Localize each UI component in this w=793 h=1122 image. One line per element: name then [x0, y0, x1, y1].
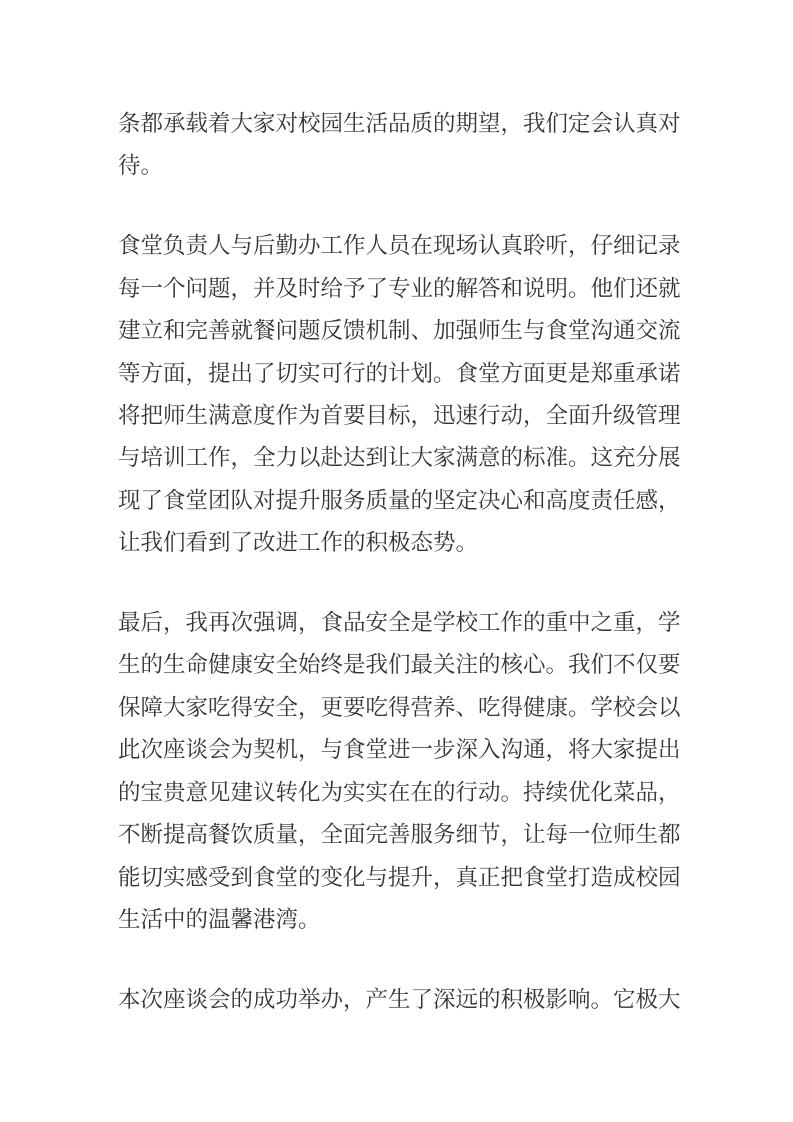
text-line: 等方面，提出了切实可行的计划。食堂方面更是郑重承诺	[118, 353, 698, 395]
text-line: 此次座谈会为契机，与食堂进一步深入沟通，将大家提出	[118, 729, 698, 771]
text-line: 生活中的温馨港湾。	[118, 899, 698, 941]
text-line: 与培训工作，全力以赴达到让大家满意的标准。这充分展	[118, 437, 698, 479]
text-line: 最后，我再次强调，食品安全是学校工作的重中之重，学	[118, 602, 698, 644]
text-line: 保障大家吃得安全，更要吃得营养、吃得健康。学校会以	[118, 687, 698, 729]
text-line: 不断提高餐饮质量，全面完善服务细节，让每一位师生都	[118, 814, 698, 856]
text-line: 每一个问题，并及时给予了专业的解答和说明。他们还就	[118, 268, 698, 310]
document-page: 条都承载着大家对校园生活品质的期望，我们定会认真对 待。 食堂负责人与后勤办工作…	[0, 0, 793, 1122]
document-body: 条都承载着大家对校园生活品质的期望，我们定会认真对 待。 食堂负责人与后勤办工作…	[118, 103, 698, 1059]
text-line: 条都承载着大家对校园生活品质的期望，我们定会认真对	[118, 103, 698, 145]
text-line: 让我们看到了改进工作的积极态势。	[118, 522, 698, 564]
text-line: 食堂负责人与后勤办工作人员在现场认真聆听，仔细记录	[118, 225, 698, 267]
text-line: 的宝贵意见建议转化为实实在在的行动。持续优化菜品，	[118, 772, 698, 814]
text-line: 生的生命健康安全始终是我们最关注的核心。我们不仅要	[118, 644, 698, 686]
paragraph-4: 本次座谈会的成功举办，产生了深远的积极影响。它极大	[118, 979, 698, 1021]
paragraph-2: 食堂负责人与后勤办工作人员在现场认真聆听，仔细记录 每一个问题，并及时给予了专业…	[118, 225, 698, 564]
text-line: 现了食堂团队对提升服务质量的坚定决心和高度责任感，	[118, 480, 698, 522]
text-line: 将把师生满意度作为首要目标，迅速行动，全面升级管理	[118, 395, 698, 437]
text-line: 建立和完善就餐问题反馈机制、加强师生与食堂沟通交流	[118, 310, 698, 352]
text-line: 能切实感受到食堂的变化与提升，真正把食堂打造成校园	[118, 857, 698, 899]
paragraph-3: 最后，我再次强调，食品安全是学校工作的重中之重，学 生的生命健康安全始终是我们最…	[118, 602, 698, 941]
paragraph-1: 条都承载着大家对校园生活品质的期望，我们定会认真对 待。	[118, 103, 698, 188]
text-line: 本次座谈会的成功举办，产生了深远的积极影响。它极大	[118, 979, 698, 1021]
text-line: 待。	[118, 145, 698, 187]
